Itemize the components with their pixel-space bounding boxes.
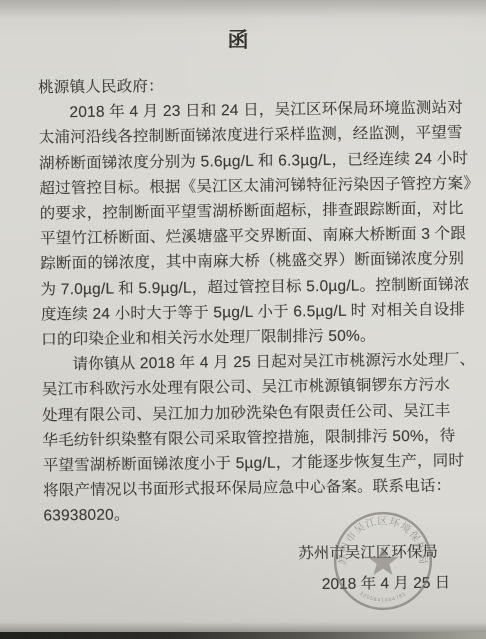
body-line: 度连续 24 小时大于等于 5µg/L 小于 6.5µg/L 时 对相关自设排 — [41, 297, 457, 327]
letter-body: 桃源镇人民政府： 2018 年 4 月 23 日和 24 日，吴江区环保局环境监… — [38, 70, 460, 529]
photo-bottom-shadow — [0, 622, 486, 632]
svg-text:3205841044781: 3205841044781 — [358, 591, 407, 604]
seal-star-icon — [368, 546, 399, 575]
scanned-letter-page: 函 桃源镇人民政府： 2018 年 4 月 23 日和 24 日，吴江区环保局环… — [0, 0, 486, 639]
official-seal-stamp: 苏州市吴江区环境保护局 3205841044781 — [327, 505, 439, 617]
seal-serial-text: 3205841044781 — [358, 591, 407, 604]
letter-title: 函 — [0, 21, 483, 57]
photo-bottom-edge — [0, 632, 486, 639]
